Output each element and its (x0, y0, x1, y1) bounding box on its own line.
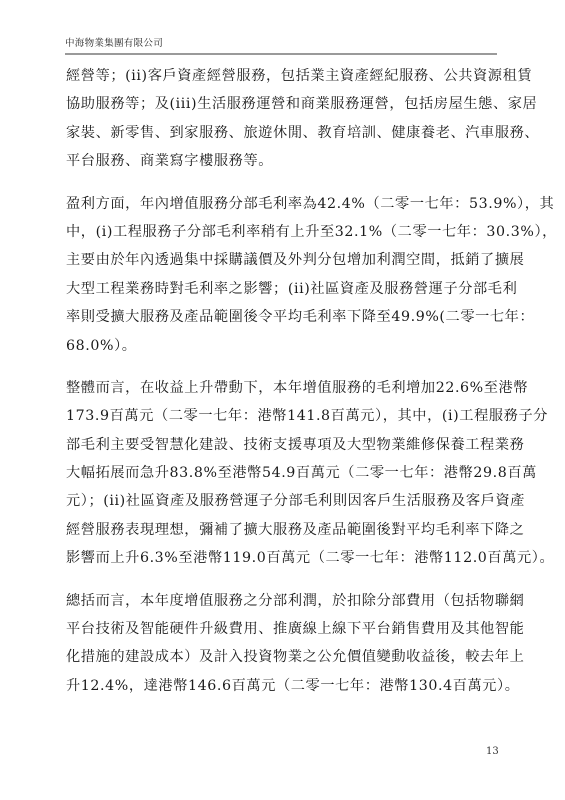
paragraph-gross-margin: 盈利方面，年內增值服務分部毛利率為42.4%（二零一七年：53.9%），其 中，… (66, 190, 500, 360)
text-line: 大幅拓展而急升83.8%至港幣54.9百萬元（二零一七年：港幣29.8百萬 (66, 459, 500, 487)
text-line: 影響而上升6.3%至港幣119.0百萬元（二零一七年：港幣112.0百萬元）。 (66, 544, 500, 572)
document-body: 經營等；(ii)客戶資產經營服務，包括業主資產經紀服務、公共資源租賃 協助服務等… (66, 62, 500, 714)
text-line: 173.9百萬元（二零一七年：港幣141.8百萬元），其中，(i)工程服務子分 (66, 402, 500, 430)
text-line: 平台技術及智能硬件升級費用、推廣線上線下平台銷售費用及其他智能 (66, 615, 500, 643)
paragraph-gross-profit: 整體而言，在收益上升帶動下，本年增值服務的毛利增加22.6%至港幣 173.9百… (66, 374, 500, 573)
text-line: 家裝、新零售、到家服務、旅遊休閒、教育培訓、健康養老、汽車服務、 (66, 119, 500, 147)
text-line: 部毛利主要受智慧化建設、技術支援專項及大型物業維修保養工程業務 (66, 431, 500, 459)
text-line: 主要由於年內透過集中採購議價及外判分包增加利潤空間，抵銷了擴展 (66, 246, 500, 274)
paragraph-segment-profit: 總括而言，本年度增值服務之分部利潤，於扣除分部費用（包括物聯網 平台技術及智能硬… (66, 587, 500, 701)
text-line: 盈利方面，年內增值服務分部毛利率為42.4%（二零一七年：53.9%），其 (66, 190, 500, 218)
text-line: 協助服務等；及(iii)生活服務運營和商業服務運營，包括房屋生態、家居 (66, 90, 500, 118)
text-line: 大型工程業務時對毛利率之影響；(ii)社區資產及服務營運子分部毛利 (66, 275, 500, 303)
header-rule (65, 53, 497, 55)
page-number: 13 (486, 746, 499, 757)
text-line: 68.0%）。 (66, 332, 500, 360)
text-line: 率則受擴大服務及產品範圍後令平均毛利率下降至49.9%(二零一七年： (66, 303, 500, 331)
text-line: 平台服務、商業寫字樓服務等。 (66, 147, 500, 175)
text-line: 元）；(ii)社區資產及服務營運子分部毛利則因客戶生活服務及客戶資產 (66, 487, 500, 515)
text-line: 升12.4%，達港幣146.6百萬元（二零一七年：港幣130.4百萬元）。 (66, 672, 500, 700)
text-line: 整體而言，在收益上升帶動下，本年增值服務的毛利增加22.6%至港幣 (66, 374, 500, 402)
company-name: 中海物業集團有限公司 (65, 38, 163, 50)
text-line: 中，(i)工程服務子分部毛利率稍有上升至32.1%（二零一七年：30.3%）， (66, 218, 500, 246)
text-line: 經營服務表現理想，彌補了擴大服務及產品範圍後對平均毛利率下降之 (66, 516, 500, 544)
text-line: 化措施的建設成本）及計入投資物業之公允價值變動收益後，較去年上 (66, 643, 500, 671)
text-line: 總括而言，本年度增值服務之分部利潤，於扣除分部費用（包括物聯網 (66, 587, 500, 615)
text-line: 經營等；(ii)客戶資產經營服務，包括業主資產經紀服務、公共資源租賃 (66, 62, 500, 90)
page-header: 中海物業集團有限公司 (65, 38, 497, 52)
paragraph-service-categories: 經營等；(ii)客戶資產經營服務，包括業主資產經紀服務、公共資源租賃 協助服務等… (66, 62, 500, 176)
